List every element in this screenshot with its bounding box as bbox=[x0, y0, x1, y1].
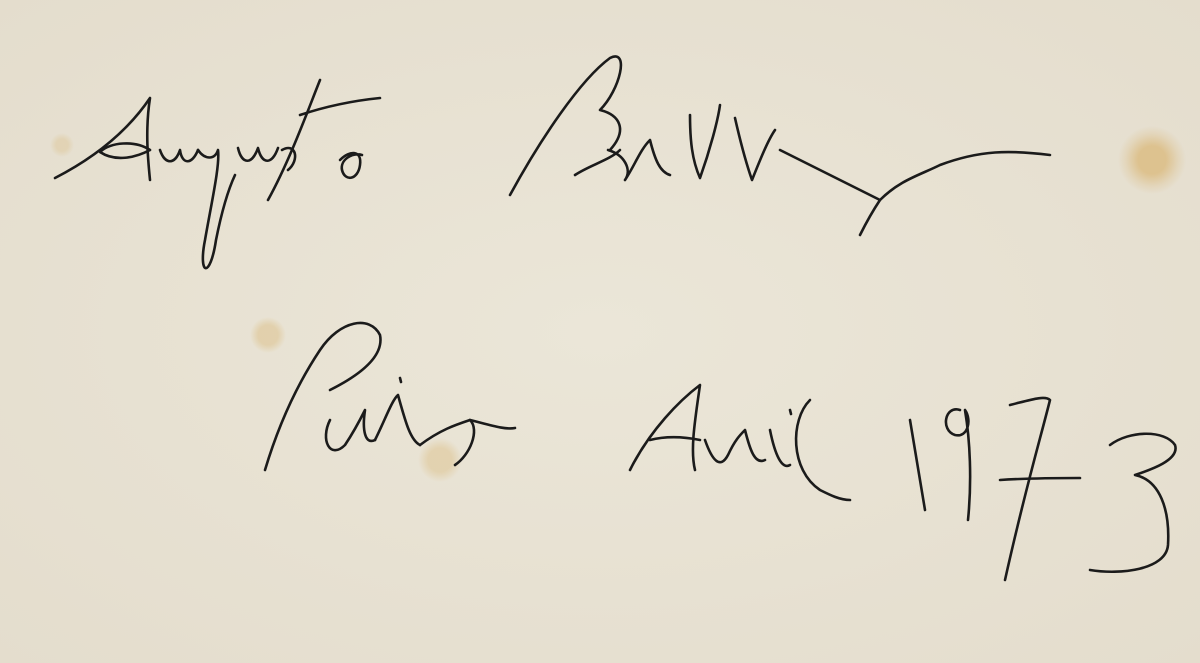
paper-background: Augusto Barros Paris Avril 1973 bbox=[0, 0, 1200, 663]
place-date-strokes bbox=[265, 323, 1176, 580]
handwriting bbox=[0, 0, 1200, 663]
signature-strokes bbox=[55, 56, 1050, 268]
